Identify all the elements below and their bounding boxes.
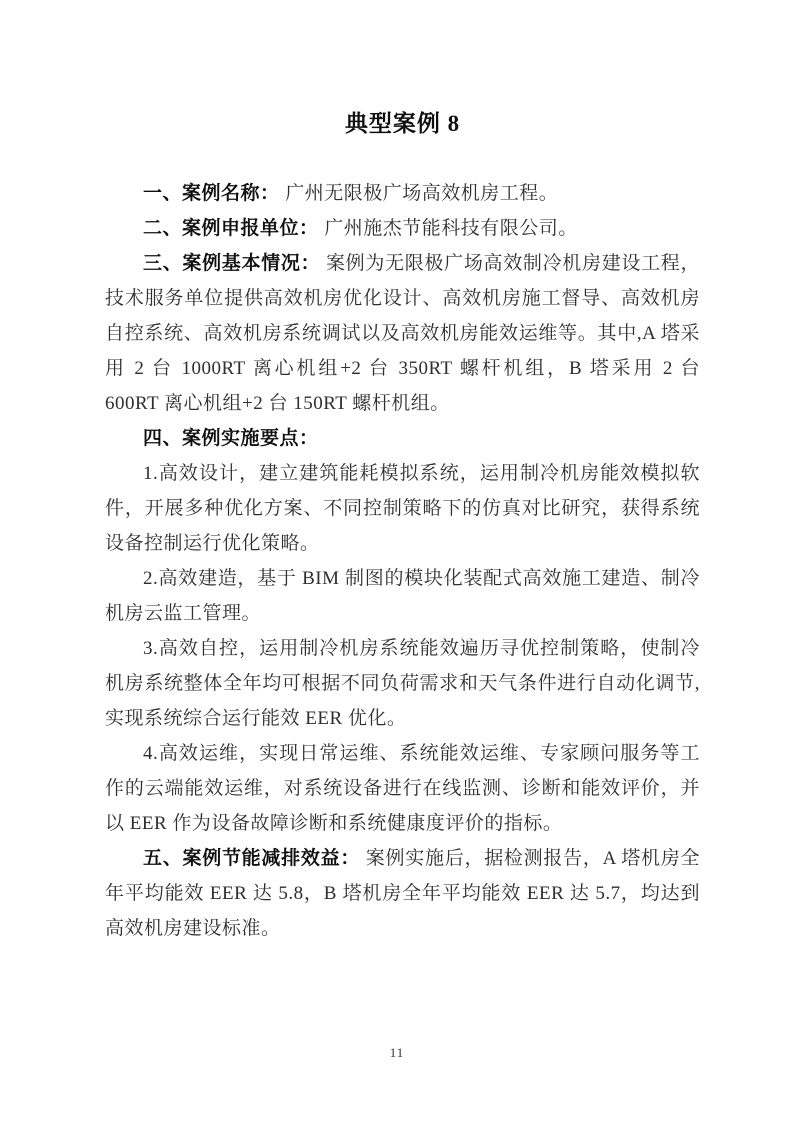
paragraph-case-name: 一、案例名称：广州无限极广场高效机房工程。 [105, 176, 700, 211]
paragraph-basic-situation: 三、案例基本情况：案例为无限极广场高效制冷机房建设工程，技术服务单位提供高效机房… [105, 246, 700, 421]
paragraph-point-4-operation: 4.高效运维，实现日常运维、系统能效运维、专家顾问服务等工作的云端能效运维，对系… [105, 736, 700, 841]
paragraph-point-2-construction: 2.高效建造，基于 BIM 制图的模块化装配式高效施工建造、制冷机房云监工管理。 [105, 561, 700, 631]
document-body: 一、案例名称：广州无限极广场高效机房工程。 二、案例申报单位：广州施杰节能科技有… [105, 176, 700, 946]
paragraph-text: 1.高效设计，建立建筑能耗模拟系统，运用制冷机房能效模拟软件，开展多种优化方案、… [105, 463, 700, 554]
document-page: 典型案例 8 一、案例名称：广州无限极广场高效机房工程。 二、案例申报单位：广州… [0, 0, 794, 946]
paragraph-text: 广州施杰节能科技有限公司。 [324, 218, 578, 239]
paragraph-point-1-design: 1.高效设计，建立建筑能耗模拟系统，运用制冷机房能效模拟软件，开展多种优化方案、… [105, 456, 700, 561]
page-title: 典型案例 8 [105, 108, 700, 140]
paragraph-implementation-heading: 四、案例实施要点： [105, 421, 700, 456]
paragraph-text: 4.高效运维，实现日常运维、系统能效运维、专家顾问服务等工作的云端能效运维，对系… [105, 743, 700, 834]
paragraph-point-3-automation: 3.高效自控，运用制冷机房系统能效遍历寻优控制策略，使制冷机房系统整体全年均可根… [105, 631, 700, 736]
paragraph-label: 五、案例节能减排效益： [143, 848, 360, 869]
paragraph-text: 2.高效建造，基于 BIM 制图的模块化装配式高效施工建造、制冷机房云监工管理。 [105, 568, 700, 624]
paragraph-text: 案例为无限极广场高效制冷机房建设工程，技术服务单位提供高效机房优化设计、高效机房… [105, 253, 700, 414]
paragraph-text: 3.高效自控，运用制冷机房系统能效遍历寻优控制策略，使制冷机房系统整体全年均可根… [105, 638, 700, 729]
paragraph-label: 三、案例基本情况： [143, 253, 320, 274]
paragraph-label: 四、案例实施要点： [143, 428, 319, 449]
paragraph-reporting-unit: 二、案例申报单位：广州施杰节能科技有限公司。 [105, 211, 700, 246]
paragraph-energy-saving-benefit: 五、案例节能减排效益：案例实施后，据检测报告，A 塔机房全年平均能效 EER 达… [105, 841, 700, 946]
paragraph-text: 广州无限极广场高效机房工程。 [285, 183, 558, 204]
page-number: 11 [0, 1045, 794, 1061]
paragraph-label: 二、案例申报单位： [143, 218, 319, 239]
paragraph-label: 一、案例名称： [143, 183, 280, 204]
